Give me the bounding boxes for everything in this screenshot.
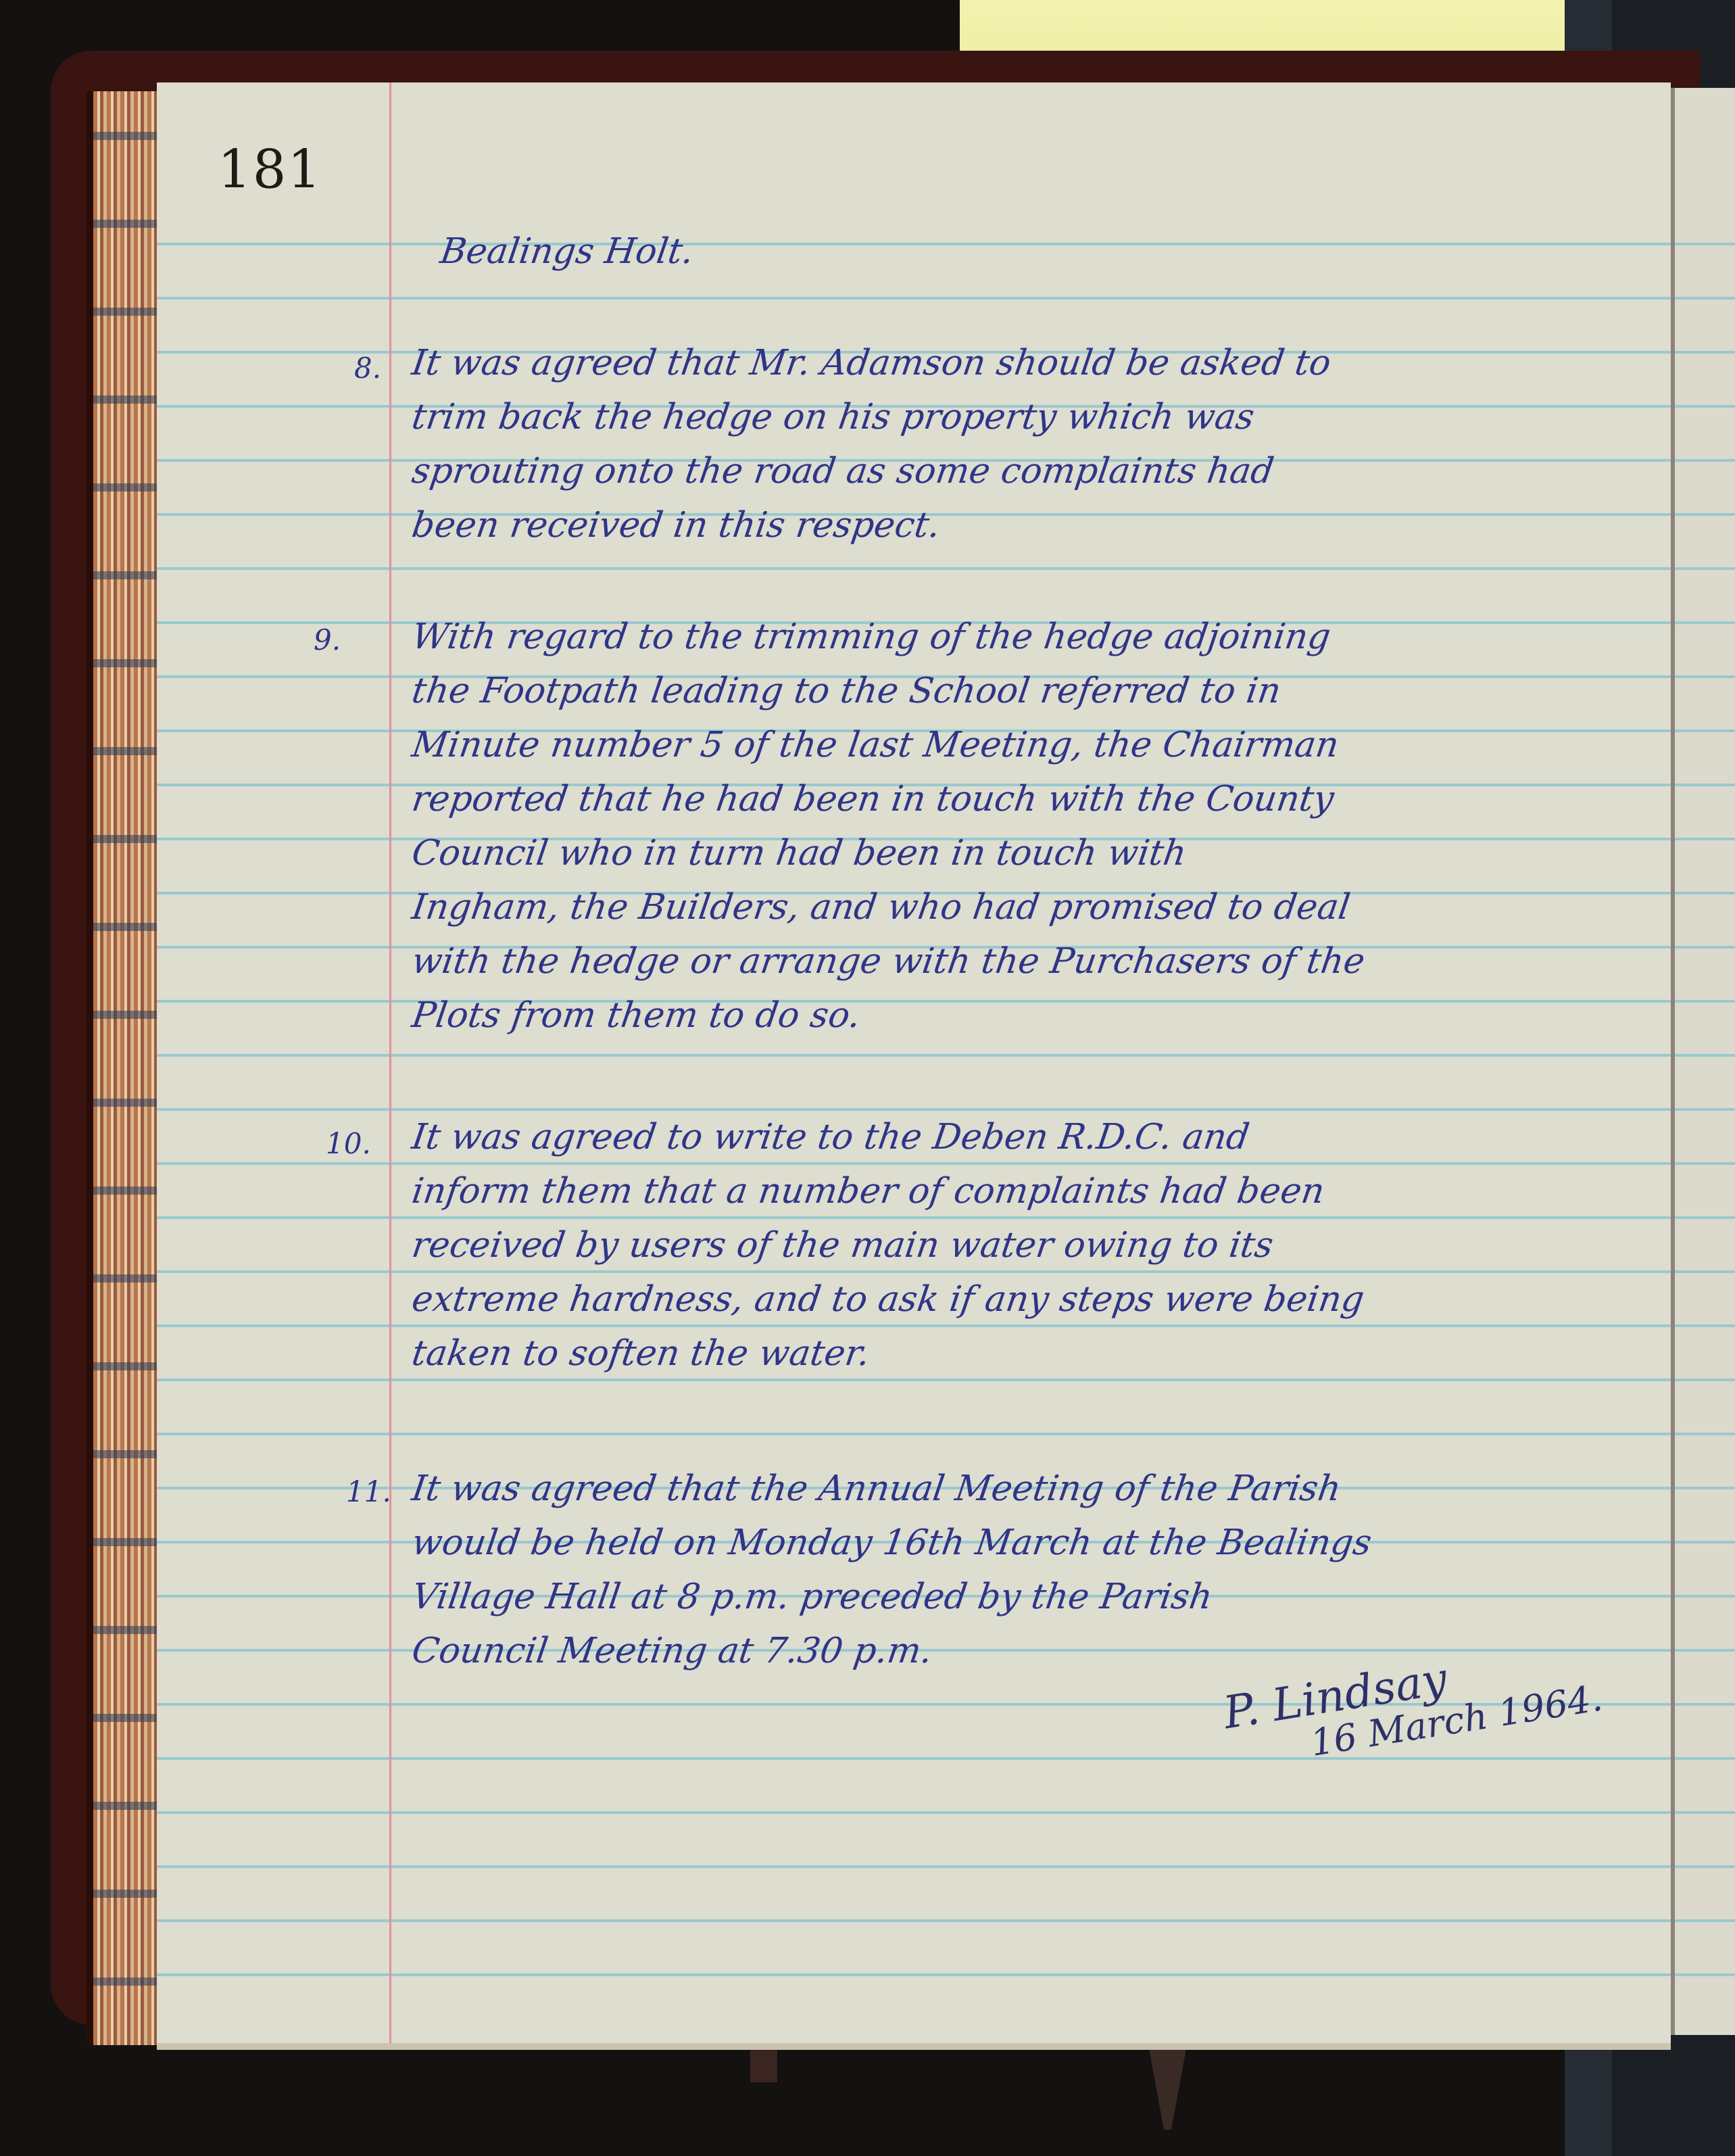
ruled-line xyxy=(1675,1000,1735,1003)
ruled-line xyxy=(1675,1270,1735,1273)
ruled-line xyxy=(1675,243,1735,245)
ruled-line xyxy=(157,1865,1671,1868)
ruled-line xyxy=(1675,459,1735,462)
minute-line: inform them that a number of complaints … xyxy=(408,1164,1327,1218)
ruled-line xyxy=(1675,1649,1735,1652)
ruled-line xyxy=(1675,1162,1735,1165)
ruled-line xyxy=(1675,351,1735,354)
ruled-line xyxy=(157,1919,1671,1922)
minute-line: It was agreed to write to the Deben R.D.… xyxy=(408,1110,1252,1164)
minute-line: the Footpath leading to the School refer… xyxy=(408,664,1284,718)
ruled-line xyxy=(1675,1324,1735,1327)
minute-line: extreme hardness, and to ask if any step… xyxy=(408,1272,1367,1326)
ruled-line xyxy=(157,1000,1671,1003)
ruled-line xyxy=(1675,946,1735,949)
minute-line: Ingham, the Builders, and who had promis… xyxy=(408,880,1353,934)
ruled-line xyxy=(1675,405,1735,408)
ruled-line xyxy=(157,1054,1671,1057)
ruled-line xyxy=(1675,1595,1735,1598)
minute-line: taken to soften the water. xyxy=(408,1326,873,1381)
minute-line: received by users of the main water owin… xyxy=(408,1218,1277,1272)
page-number: 181 xyxy=(218,140,322,201)
minute-heading: Bealings Holt. xyxy=(437,224,697,279)
ruled-line xyxy=(157,1379,1671,1381)
ruled-line xyxy=(157,1757,1671,1760)
minute-number: 9. xyxy=(314,623,341,656)
page-fore-edge xyxy=(87,91,168,2045)
ruled-line xyxy=(157,297,1671,300)
minute-line: It was agreed that Mr. Adamson should be… xyxy=(408,336,1334,390)
minute-line: Minute number 5 of the last Meeting, the… xyxy=(408,718,1342,772)
minute-line: with the hedge or arrange with the Purch… xyxy=(408,934,1368,988)
ruled-line xyxy=(1675,1433,1735,1435)
ruled-line xyxy=(1675,513,1735,516)
ruled-line xyxy=(1675,1973,1735,1976)
ruled-line xyxy=(157,1811,1671,1814)
ruled-line xyxy=(1675,1108,1735,1111)
ruled-line xyxy=(1675,621,1735,624)
ruled-line xyxy=(1675,892,1735,894)
ruled-line xyxy=(1675,1703,1735,1706)
ledger-page: 181 Bealings Holt. 8. It was agreed that… xyxy=(157,82,1671,2050)
minute-number: 10. xyxy=(326,1127,371,1160)
ruled-line xyxy=(1675,1865,1735,1868)
bookmark-ribbon-tail xyxy=(1149,2049,1186,2130)
ruled-line xyxy=(1675,1379,1735,1381)
ruled-line xyxy=(1675,1216,1735,1219)
ruled-line xyxy=(1675,297,1735,300)
ruled-line xyxy=(1675,729,1735,732)
minute-line: Council who in turn had been in touch wi… xyxy=(408,826,1190,880)
ruled-line xyxy=(157,567,1671,570)
minute-line: been received in this respect. xyxy=(408,498,944,552)
minute-line: Council Meeting at 7.30 p.m. xyxy=(408,1624,935,1678)
ruled-line xyxy=(1675,675,1735,678)
minute-line: would be held on Monday 16th March at th… xyxy=(408,1516,1375,1570)
margin-line xyxy=(389,82,391,2043)
ruled-line xyxy=(1675,1487,1735,1489)
minute-line: Plots from them to do so. xyxy=(408,988,864,1043)
ruled-line xyxy=(1675,1811,1735,1814)
minute-line: trim back the hedge on his property whic… xyxy=(408,390,1258,444)
ruled-line xyxy=(1675,838,1735,840)
minute-number: 11. xyxy=(346,1475,391,1508)
ruled-line xyxy=(157,1433,1671,1435)
minute-line: With regard to the trimming of the hedge… xyxy=(408,610,1334,664)
minute-line: It was agreed that the Annual Meeting of… xyxy=(408,1462,1344,1516)
ruled-line xyxy=(157,1973,1671,1976)
minute-line: sprouting onto the road as some complain… xyxy=(408,444,1277,498)
minute-line: Village Hall at 8 p.m. preceded by the P… xyxy=(408,1570,1216,1624)
ruled-line xyxy=(1675,784,1735,786)
minute-line: reported that he had been in touch with … xyxy=(408,772,1337,826)
ruled-line xyxy=(1675,1919,1735,1922)
ruled-line xyxy=(157,243,1671,245)
ruled-line xyxy=(1675,1757,1735,1760)
minute-number: 8. xyxy=(354,352,381,385)
ruled-line xyxy=(1675,1541,1735,1543)
ruled-line xyxy=(1675,567,1735,570)
ruled-line xyxy=(1675,1054,1735,1057)
facing-page-edge xyxy=(1671,88,1735,2035)
